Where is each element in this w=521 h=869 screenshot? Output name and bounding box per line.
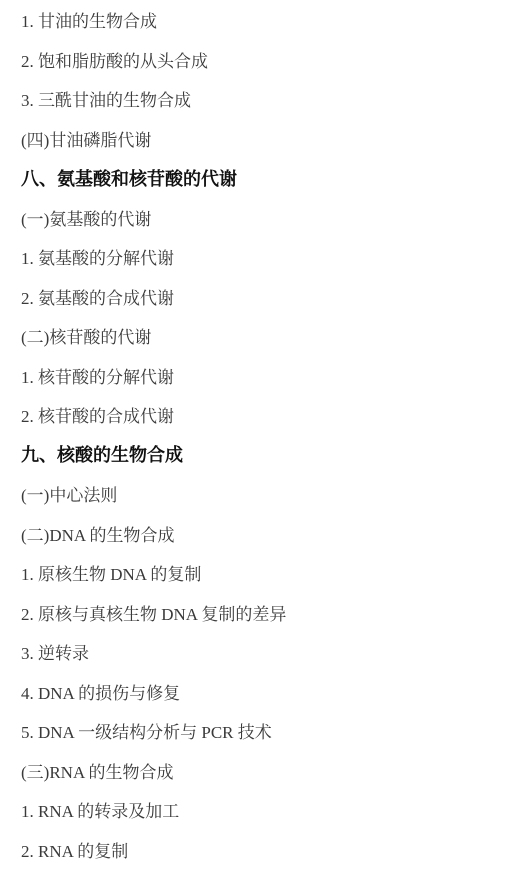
outline-item: 2. 氨基酸的合成代谢 (21, 277, 511, 317)
section-heading: 八、氨基酸和核苷酸的代谢 (21, 158, 511, 198)
section-heading: 九、核酸的生物合成 (21, 435, 511, 475)
document-page: 1. 甘油的生物合成2. 饱和脂肪酸的从头合成3. 三酰甘油的生物合成(四)甘油… (0, 0, 521, 869)
outline-item: 3. 逆转录 (21, 632, 511, 672)
outline-item: 2. 核苷酸的合成代谢 (21, 395, 511, 435)
outline-item: (二)核苷酸的代谢 (21, 316, 511, 356)
outline-item: 5. DNA 一级结构分析与 PCR 技术 (21, 711, 511, 751)
outline-item: 1. 氨基酸的分解代谢 (21, 237, 511, 277)
outline-item: (三)RNA 的生物合成 (21, 751, 511, 791)
document-body: 1. 甘油的生物合成2. 饱和脂肪酸的从头合成3. 三酰甘油的生物合成(四)甘油… (0, 0, 521, 869)
outline-item: 2. 饱和脂肪酸的从头合成 (21, 40, 511, 80)
outline-item: (四)甘油磷脂代谢 (21, 119, 511, 159)
outline-item: 1. 原核生物 DNA 的复制 (21, 553, 511, 593)
outline-item: 3. 三酰甘油的生物合成 (21, 79, 511, 119)
outline-item: (一)氨基酸的代谢 (21, 198, 511, 238)
outline-item: 4. DNA 的损伤与修复 (21, 672, 511, 712)
outline-item: (一)中心法则 (21, 474, 511, 514)
outline-item: 1. RNA 的转录及加工 (21, 790, 511, 830)
outline-item: 1. 核苷酸的分解代谢 (21, 356, 511, 396)
outline-item: 2. 原核与真核生物 DNA 复制的差异 (21, 593, 511, 633)
outline-item: 1. 甘油的生物合成 (21, 0, 511, 40)
outline-item: (二)DNA 的生物合成 (21, 514, 511, 554)
outline-item: 2. RNA 的复制 (21, 830, 511, 869)
